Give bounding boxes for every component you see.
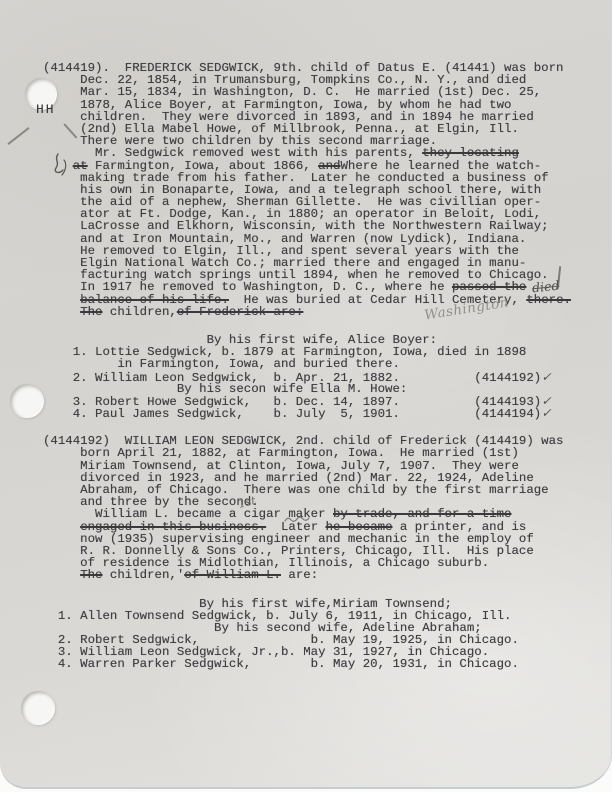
text-line	[43, 318, 603, 334]
text-line: By his secon wife Ella M. Howe:	[43, 383, 603, 395]
text-line: 3. Robert Howe Sedgwick, b. Dec. 14, 189…	[43, 395, 603, 407]
text-line: The children,'of William L. are:	[43, 569, 603, 581]
text-line: in Farmington, Iowa, and buried there.	[43, 358, 603, 370]
text-line: 4. Paul James Sedgwick, b. July 5, 1901.…	[43, 407, 603, 419]
punch-hole-middle	[10, 384, 44, 418]
text-line: The children,of Frederick are:	[43, 306, 603, 318]
punch-hole-bottom	[21, 691, 55, 725]
document-text: (414419). FREDERICK SEDGWICK, 9th. child…	[43, 62, 603, 671]
text-line	[43, 582, 603, 598]
scanned-page: HH (414419). FREDERICK SEDGWICK, 9th. ch…	[0, 0, 612, 789]
handwritten-note-died: died	[531, 278, 560, 296]
text-line	[43, 419, 603, 435]
text-line: 4. Warren Parker Sedgwick, b. May 20, 19…	[43, 658, 603, 670]
pencil-slash-mark	[7, 127, 30, 145]
